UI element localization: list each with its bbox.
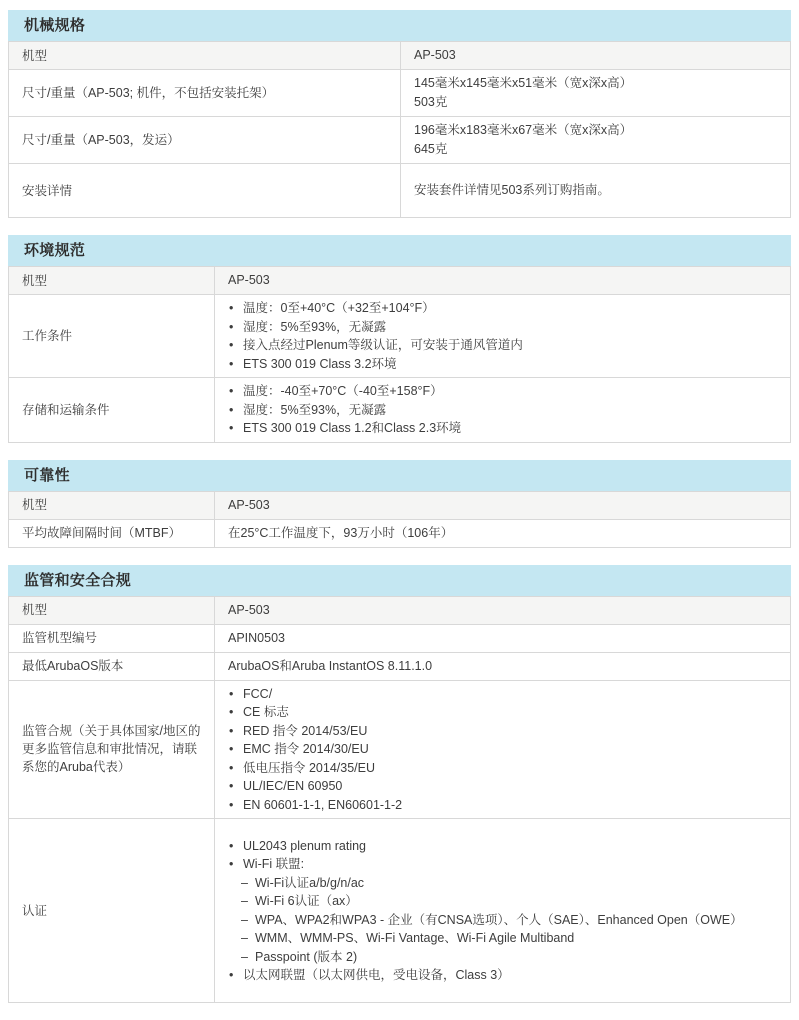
bullet-item: 湿度：5%至93%，无凝露 <box>228 401 777 420</box>
bullet-item: Wi-Fi 联盟: <box>228 855 777 874</box>
bullet-item: 温度：0至+40°C（+32至+104°F） <box>228 299 777 318</box>
dash-item: WMM、WMM-PS、Wi-Fi Vantage、Wi-Fi Agile Mul… <box>228 929 777 948</box>
value-line: 安装套件详情见503系列订购指南。 <box>414 181 777 200</box>
row-value: AP-503 <box>215 596 791 624</box>
spec-row: 监管机型编号APIN0503 <box>9 624 791 652</box>
value-line: 503克 <box>414 93 777 112</box>
value-line: APIN0503 <box>228 629 777 648</box>
row-value: APIN0503 <box>215 624 791 652</box>
value-line: 145毫米x145毫米x51毫米（宽x深x高） <box>414 74 777 93</box>
row-label: 监管合规（关于具体国家/地区的更多监管信息和审批情况，请联系您的Aruba代表） <box>9 680 215 819</box>
row-label: 最低ArubaOS版本 <box>9 652 215 680</box>
spec-section: 机械规格 机型AP-503尺寸/重量（AP-503; 机件，不包括安装托架）14… <box>8 10 791 218</box>
bullet-item: 接入点经过Plenum等级认证，可安装于通风管道内 <box>228 336 777 355</box>
section-title: 机械规格 <box>8 10 791 41</box>
bullet-item: FCC/ <box>228 685 777 704</box>
row-value: 安装套件详情见503系列订购指南。 <box>401 164 791 218</box>
spec-section: 监管和安全合规 机型AP-503监管机型编号APIN0503最低ArubaOS版… <box>8 565 791 1004</box>
row-value: 145毫米x145毫米x51毫米（宽x深x高）503克 <box>401 70 791 117</box>
value-line: 在25°C工作温度下，93万小时（106年） <box>228 524 777 543</box>
row-label: 平均故障间隔时间（MTBF） <box>9 519 215 547</box>
spec-table: 机型AP-503监管机型编号APIN0503最低ArubaOS版本ArubaOS… <box>8 596 791 1004</box>
spec-section: 环境规范 机型AP-503工作条件温度：0至+40°C（+32至+104°F）湿… <box>8 235 791 443</box>
row-value: 温度：-40至+70°C（-40至+158°F）湿度：5%至93%，无凝露ETS… <box>215 378 791 443</box>
spec-table: 机型AP-503尺寸/重量（AP-503; 机件，不包括安装托架）145毫米x1… <box>8 41 791 218</box>
spec-row: 机型AP-503 <box>9 267 791 295</box>
row-value: UL2043 plenum ratingWi-Fi 联盟:Wi-Fi认证a/b/… <box>215 819 791 1003</box>
row-label: 尺寸/重量（AP-503; 机件，不包括安装托架） <box>9 70 401 117</box>
row-value: 在25°C工作温度下，93万小时（106年） <box>215 519 791 547</box>
row-value: AP-503 <box>215 491 791 519</box>
dash-item: Wi-Fi认证a/b/g/n/ac <box>228 874 777 893</box>
dash-item: WPA、WPA2和WPA3 - 企业（有CNSA选项）、个人（SAE）、Enha… <box>228 911 777 930</box>
section-title: 可靠性 <box>8 460 791 491</box>
bullet-item: ETS 300 019 Class 3.2环境 <box>228 355 777 374</box>
row-label: 安装详情 <box>9 164 401 218</box>
bullet-item: 温度：-40至+70°C（-40至+158°F） <box>228 382 777 401</box>
value-line: AP-503 <box>414 46 777 65</box>
section-title: 监管和安全合规 <box>8 565 791 596</box>
row-label: 工作条件 <box>9 295 215 378</box>
spec-document: 机械规格 机型AP-503尺寸/重量（AP-503; 机件，不包括安装托架）14… <box>0 0 799 1003</box>
row-value: FCC/CE 标志RED 指令 2014/53/EUEMC 指令 2014/30… <box>215 680 791 819</box>
value-line: AP-503 <box>228 496 777 515</box>
spec-table: 机型AP-503平均故障间隔时间（MTBF）在25°C工作温度下，93万小时（1… <box>8 491 791 548</box>
value-line: AP-503 <box>228 601 777 620</box>
spec-row: 平均故障间隔时间（MTBF）在25°C工作温度下，93万小时（106年） <box>9 519 791 547</box>
dash-item: Passpoint (版本 2) <box>228 948 777 967</box>
spec-row: 机型AP-503 <box>9 42 791 70</box>
bullet-item: CE 标志 <box>228 703 777 722</box>
row-value: ArubaOS和Aruba InstantOS 8.11.1.0 <box>215 652 791 680</box>
spec-row: 认证UL2043 plenum ratingWi-Fi 联盟:Wi-Fi认证a/… <box>9 819 791 1003</box>
spec-row: 监管合规（关于具体国家/地区的更多监管信息和审批情况，请联系您的Aruba代表）… <box>9 680 791 819</box>
spec-row: 尺寸/重量（AP-503; 机件，不包括安装托架）145毫米x145毫米x51毫… <box>9 70 791 117</box>
row-value: AP-503 <box>215 267 791 295</box>
spec-row: 机型AP-503 <box>9 596 791 624</box>
bullet-item: EN 60601-1-1, EN60601-1-2 <box>228 796 777 815</box>
value-line: 196毫米x183毫米x67毫米（宽x深x高） <box>414 121 777 140</box>
bullet-item: RED 指令 2014/53/EU <box>228 722 777 741</box>
bullet-item: ETS 300 019 Class 1.2和Class 2.3环境 <box>228 419 777 438</box>
row-value: AP-503 <box>401 42 791 70</box>
spec-row: 工作条件温度：0至+40°C（+32至+104°F）湿度：5%至93%，无凝露接… <box>9 295 791 378</box>
row-value: 196毫米x183毫米x67毫米（宽x深x高）645克 <box>401 117 791 164</box>
value-line: 645克 <box>414 140 777 159</box>
row-label: 机型 <box>9 596 215 624</box>
row-label: 机型 <box>9 491 215 519</box>
spec-table: 机型AP-503工作条件温度：0至+40°C（+32至+104°F）湿度：5%至… <box>8 266 791 443</box>
bullet-item: EMC 指令 2014/30/EU <box>228 740 777 759</box>
value-line: AP-503 <box>228 271 777 290</box>
bullet-item: 低电压指令 2014/35/EU <box>228 759 777 778</box>
row-label: 机型 <box>9 267 215 295</box>
bullet-item: 湿度：5%至93%，无凝露 <box>228 318 777 337</box>
value-line: ArubaOS和Aruba InstantOS 8.11.1.0 <box>228 657 777 676</box>
spec-row: 最低ArubaOS版本ArubaOS和Aruba InstantOS 8.11.… <box>9 652 791 680</box>
row-label: 尺寸/重量（AP-503，发运） <box>9 117 401 164</box>
row-label: 认证 <box>9 819 215 1003</box>
spec-row: 尺寸/重量（AP-503，发运）196毫米x183毫米x67毫米（宽x深x高）6… <box>9 117 791 164</box>
spec-row: 机型AP-503 <box>9 491 791 519</box>
row-label: 监管机型编号 <box>9 624 215 652</box>
row-label: 存储和运输条件 <box>9 378 215 443</box>
section-title: 环境规范 <box>8 235 791 266</box>
spec-row: 存储和运输条件温度：-40至+70°C（-40至+158°F）湿度：5%至93%… <box>9 378 791 443</box>
bullet-item: 以太网联盟（以太网供电，受电设备，Class 3） <box>228 966 777 985</box>
bullet-item: UL2043 plenum rating <box>228 837 777 856</box>
row-label: 机型 <box>9 42 401 70</box>
bullet-item: UL/IEC/EN 60950 <box>228 777 777 796</box>
row-value: 温度：0至+40°C（+32至+104°F）湿度：5%至93%，无凝露接入点经过… <box>215 295 791 378</box>
spec-section: 可靠性 机型AP-503平均故障间隔时间（MTBF）在25°C工作温度下，93万… <box>8 460 791 548</box>
dash-item: Wi-Fi 6认证（ax） <box>228 892 777 911</box>
spec-row: 安装详情安装套件详情见503系列订购指南。 <box>9 164 791 218</box>
